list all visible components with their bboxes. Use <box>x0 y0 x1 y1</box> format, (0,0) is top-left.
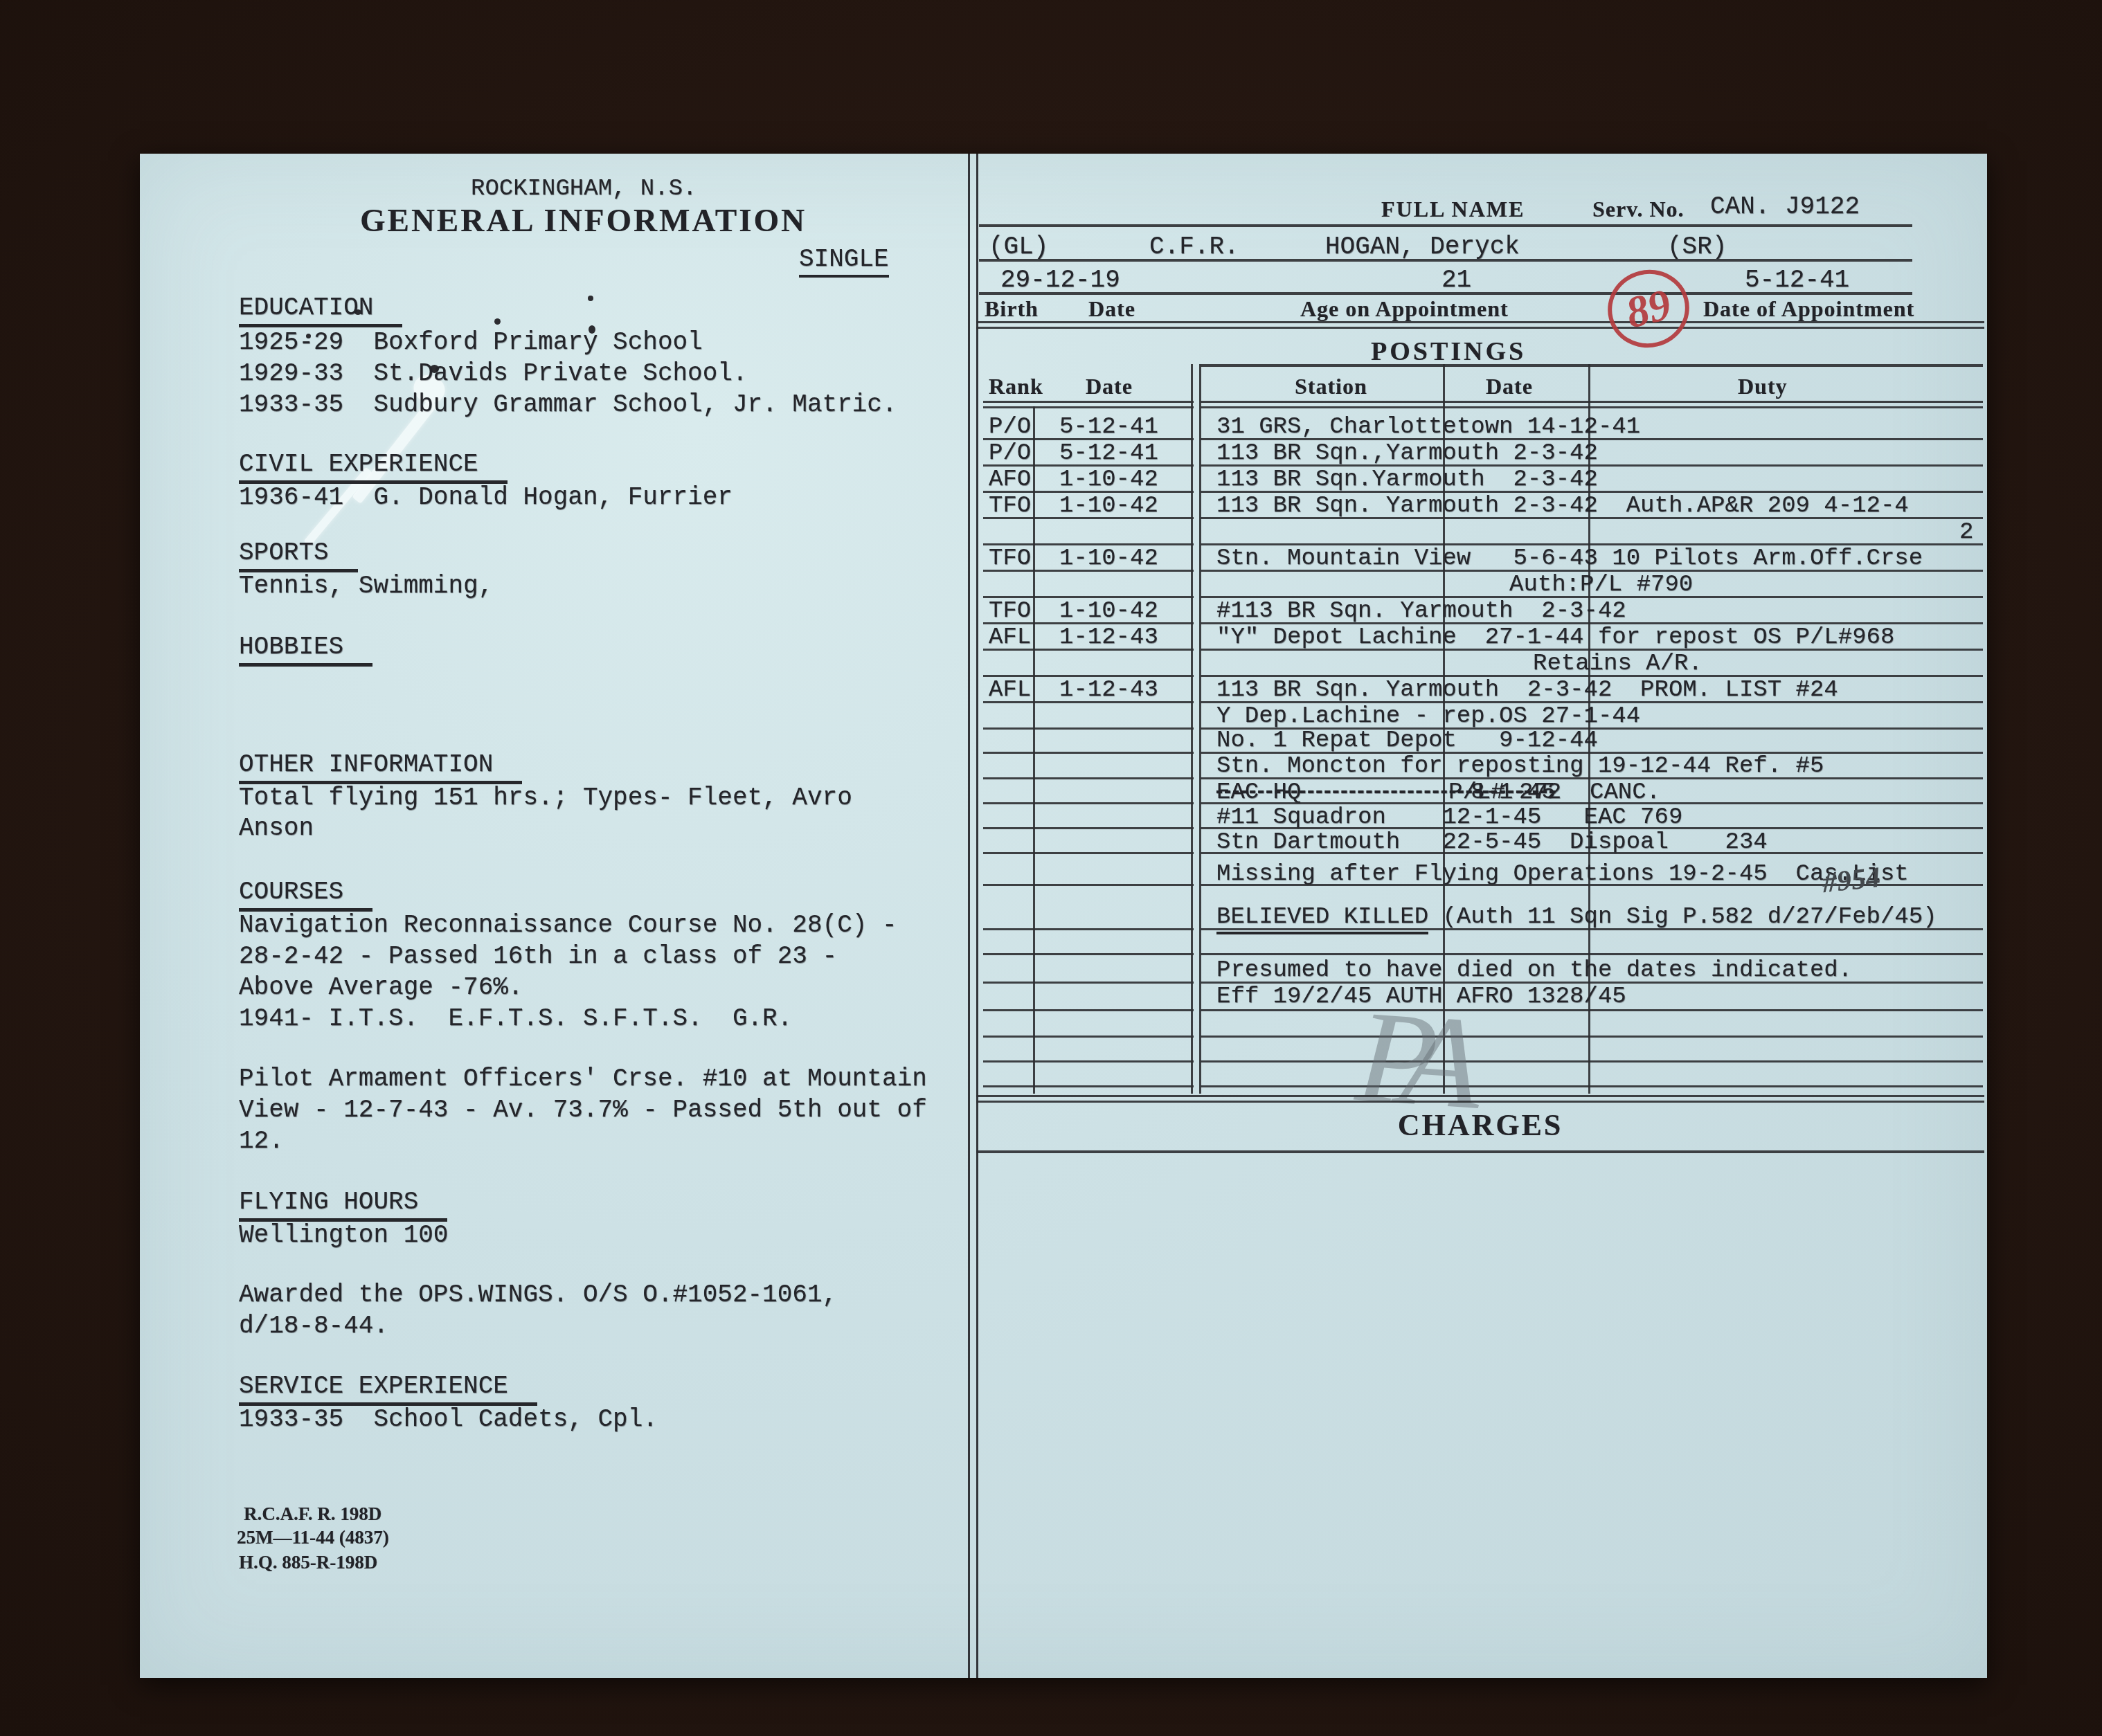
typed-line: Pilot Armament Officers' Crse. #10 at Mo… <box>239 1065 927 1094</box>
rule-line <box>983 401 1194 403</box>
birth-date-value: 29-12-19 <box>1000 266 1120 295</box>
paper-speck <box>588 296 593 301</box>
section-heading-flying-hours: FLYING HOURS <box>239 1188 447 1222</box>
posting-date: 1-12-43 <box>1059 624 1158 651</box>
date-of-appointment-label: Date of Appointment <box>1703 296 1914 322</box>
typed-line: d/18-8-44. <box>239 1312 388 1341</box>
serv-no-value: CAN. J9122 <box>1710 192 1860 221</box>
posting-text: 113 BR Sqn. Yarmouth 2-3-42 PROM. LIST #… <box>1216 676 1838 704</box>
typed-line: Wellington 100 <box>239 1221 448 1250</box>
column-header-station: Station <box>1295 374 1367 399</box>
posting-text: Stn. Moncton for reposting 19-12-44 Ref.… <box>1216 752 1824 780</box>
posting-text: Y Dep.Lachine - rep.OS 27-1-44 <box>1216 703 1640 730</box>
rule-line <box>1201 727 1983 730</box>
rule-line <box>983 517 1194 519</box>
appointment-date-value: 5-12-41 <box>1745 266 1849 295</box>
age-value: 21 <box>1441 266 1471 295</box>
rule-line <box>1201 401 1983 403</box>
rule-line <box>1201 491 1983 493</box>
rule-line <box>983 406 1194 408</box>
rule-line <box>983 982 1194 984</box>
rule-line <box>983 543 1194 545</box>
rule-line <box>983 1085 1194 1087</box>
rule-line <box>983 802 1194 804</box>
posting-text: "Y" Depot Lachine 27-1-44 for repost OS … <box>1216 624 1894 651</box>
rule-line <box>983 884 1194 886</box>
rule-line <box>1201 1085 1983 1087</box>
rule-line <box>1201 1036 1983 1038</box>
posting-row: BELIEVED KILLED (Auth 11 Sqn Sig P.582 d… <box>1216 903 1937 931</box>
posting-date: 1-12-43 <box>1059 676 1158 704</box>
rule-line <box>983 649 1194 651</box>
rule-line <box>983 464 1194 467</box>
posting-text: Auth:P/L #790 <box>1509 571 1693 599</box>
rule-line <box>1201 406 1983 408</box>
posting-date: 1-10-42 <box>1059 545 1158 572</box>
rule-line <box>983 622 1194 624</box>
rule-line <box>1201 464 1983 467</box>
rule-line <box>983 752 1194 754</box>
rule-line <box>983 852 1194 854</box>
date-label: Date <box>1088 296 1135 322</box>
record-card-paper: ROCKINGHAM, N.S. GENERAL INFORMATION SIN… <box>140 154 1987 1678</box>
page-divider-line <box>976 154 978 1678</box>
rule-line <box>1201 752 1983 754</box>
rule-line <box>1201 827 1983 829</box>
column-header-date2: Date <box>1486 374 1533 399</box>
section-heading-other-information: OTHER INFORMATION <box>239 750 522 784</box>
charges-title: CHARGES <box>1398 1108 1563 1142</box>
column-header-date: Date <box>1086 374 1133 399</box>
posting-rank: AFL <box>989 676 1031 704</box>
typed-line: Anson <box>239 814 314 843</box>
serv-no-label: Serv. No. <box>1592 197 1685 222</box>
typed-line: 1933-35 Sudbury Grammar School, Jr. Matr… <box>239 390 897 419</box>
posting-rank: AFO <box>989 466 1031 494</box>
column-divider-line <box>1033 406 1035 1094</box>
posting-date: 1-10-42 <box>1059 597 1158 625</box>
rule-line <box>1201 1009 1983 1011</box>
rule-line <box>1201 928 1983 930</box>
rule-line <box>983 727 1194 730</box>
rule-line <box>983 1060 1194 1063</box>
rule-line <box>983 675 1194 677</box>
paper-speck <box>494 318 501 325</box>
rule-line <box>1201 982 1983 984</box>
rule-line <box>979 224 1912 227</box>
posting-date: 5-12-41 <box>1059 440 1158 467</box>
rule-line <box>979 259 1912 262</box>
rule-line <box>1201 438 1983 440</box>
stamp-number: 89 <box>1621 278 1676 338</box>
rule-line <box>1201 596 1983 598</box>
posting-text: 113 BR Sqn.,Yarmouth 2-3-42 <box>1216 440 1598 467</box>
section-heading-service-experience: SERVICE EXPERIENCE <box>239 1372 537 1406</box>
rule-line <box>983 491 1194 493</box>
rule-line <box>1201 852 1983 854</box>
typed-line: View - 12-7-43 - Av. 73.7% - Passed 5th … <box>239 1096 927 1125</box>
typed-line: 1941- I.T.S. E.F.T.S. S.F.T.S. G.R. <box>239 1004 792 1033</box>
posting-text: Presumed to have died on the dates indic… <box>1216 957 1852 984</box>
posting-rank: TFO <box>989 492 1031 520</box>
rule-line <box>1201 675 1983 677</box>
birth-label: Birth <box>985 296 1039 322</box>
posting-rank: P/O <box>989 440 1031 467</box>
rule-line <box>1201 701 1983 703</box>
rule-line <box>1201 543 1983 545</box>
posting-text: 113 BR Sqn.Yarmouth 2-3-42 <box>1216 466 1598 494</box>
marital-status: SINGLE <box>799 245 889 278</box>
rule-line <box>1201 953 1983 955</box>
full-name-value: HOGAN, Deryck <box>1325 233 1520 262</box>
typed-line: 1933-35 School Cadets, Cpl. <box>239 1405 658 1434</box>
rule-line <box>976 1101 1984 1103</box>
rule-line <box>976 1095 1984 1097</box>
rule-line <box>1201 570 1983 572</box>
typed-line: Above Average -76%. <box>239 973 523 1002</box>
posting-date: 1-10-42 <box>1059 466 1158 494</box>
column-header-duty: Duty <box>1738 374 1788 399</box>
posting-text: Stn. Mountain View 5-6-43 10 Pilots Arm.… <box>1216 545 1923 572</box>
rule-line <box>983 928 1194 930</box>
typed-line: 12. <box>239 1127 284 1156</box>
rule-line <box>983 438 1194 440</box>
red-circle-stamp-89: 89 <box>1599 261 1698 356</box>
handwritten-casualty-list-number: #954 <box>1821 861 1883 901</box>
rule-line <box>1201 649 1983 651</box>
rule-line <box>1201 517 1983 519</box>
typed-line: 28-2-42 - Passed 16th in a class of 23 - <box>239 942 837 971</box>
full-name-label: FULL NAME <box>1381 197 1525 222</box>
posting-rank: TFO <box>989 597 1031 625</box>
scanned-service-record: { "card": { "left": { "location": "ROCKI… <box>0 0 2102 1736</box>
typed-line: 1925-29 Boxford Primary School <box>239 328 703 357</box>
form-number-line: R.C.A.F. R. 198D <box>244 1502 381 1526</box>
posting-rank: TFO <box>989 545 1031 572</box>
posting-rank: AFL <box>989 624 1031 651</box>
age-on-appointment-label: Age on Appointment <box>1300 296 1509 322</box>
rule-line <box>983 953 1194 955</box>
rule-line <box>976 327 1984 329</box>
rule-line <box>983 1009 1194 1011</box>
typed-line: 1929-33 St.Davids Private School. <box>239 359 748 388</box>
name-gl: (GL) <box>989 233 1048 262</box>
page-title: GENERAL INFORMATION <box>360 202 807 239</box>
section-heading-civil-experience: CIVIL EXPERIENCE <box>239 450 507 484</box>
rule-line <box>1201 622 1983 624</box>
posting-date: 5-12-41 <box>1059 413 1158 441</box>
column-header-rank: Rank <box>989 374 1043 399</box>
rule-line <box>983 570 1194 572</box>
rule-line <box>983 827 1194 829</box>
posting-rank: P/O <box>989 413 1031 441</box>
rule-line <box>976 1150 1984 1153</box>
page-divider-line <box>968 154 970 1678</box>
section-heading-sports: SPORTS <box>239 539 358 572</box>
table-top-rule <box>1201 364 1983 367</box>
posting-text: 113 BR Sqn. Yarmouth 2-3-42 Auth.AP&R 20… <box>1216 492 1909 520</box>
name-sr: (SR) <box>1667 233 1727 262</box>
form-number-line: 25M—11-44 (4837) <box>237 1526 389 1549</box>
posting-text: #113 BR Sqn. Yarmouth 2-3-42 <box>1216 597 1626 625</box>
posting-date: 1-10-42 <box>1059 492 1158 520</box>
name-initials: C.F.R. <box>1149 233 1239 262</box>
rule-line <box>983 596 1194 598</box>
rule-line <box>983 777 1194 779</box>
rule-line <box>983 1036 1194 1038</box>
typed-line: Total flying 151 hrs.; Types- Fleet, Avr… <box>239 784 852 813</box>
rule-line <box>979 292 1912 295</box>
rule-line <box>976 321 1984 323</box>
posting-text: No. 1 Repat Depot 9-12-44 <box>1216 727 1598 754</box>
posting-text: 2 <box>1959 518 1973 546</box>
rule-line <box>983 701 1194 703</box>
posting-text: Retains A/R. <box>1533 650 1703 678</box>
posting-text: 31 GRS, Charlottetown 14-12-41 <box>1216 413 1640 441</box>
typed-line: Tennis, Swimming, <box>239 572 493 601</box>
form-number-line: H.Q. 885-R-198D <box>239 1550 377 1574</box>
rule-line <box>1201 802 1983 804</box>
rule-line <box>1201 1060 1983 1063</box>
typed-line: Navigation Reconnaissance Course No. 28(… <box>239 911 897 940</box>
typed-line: Awarded the OPS.WINGS. O/S O.#1052-1061, <box>239 1281 837 1310</box>
typed-line: 1936-41 G. Donald Hogan, Furrier <box>239 483 733 512</box>
postings-title: POSTINGS <box>1371 336 1526 367</box>
location-heading: ROCKINGHAM, N.S. <box>471 176 697 202</box>
rule-line <box>1201 777 1983 779</box>
section-heading-hobbies: HOBBIES <box>239 633 372 667</box>
section-heading-education: EDUCATION <box>239 293 402 327</box>
section-heading-courses: COURSES <box>239 878 372 912</box>
